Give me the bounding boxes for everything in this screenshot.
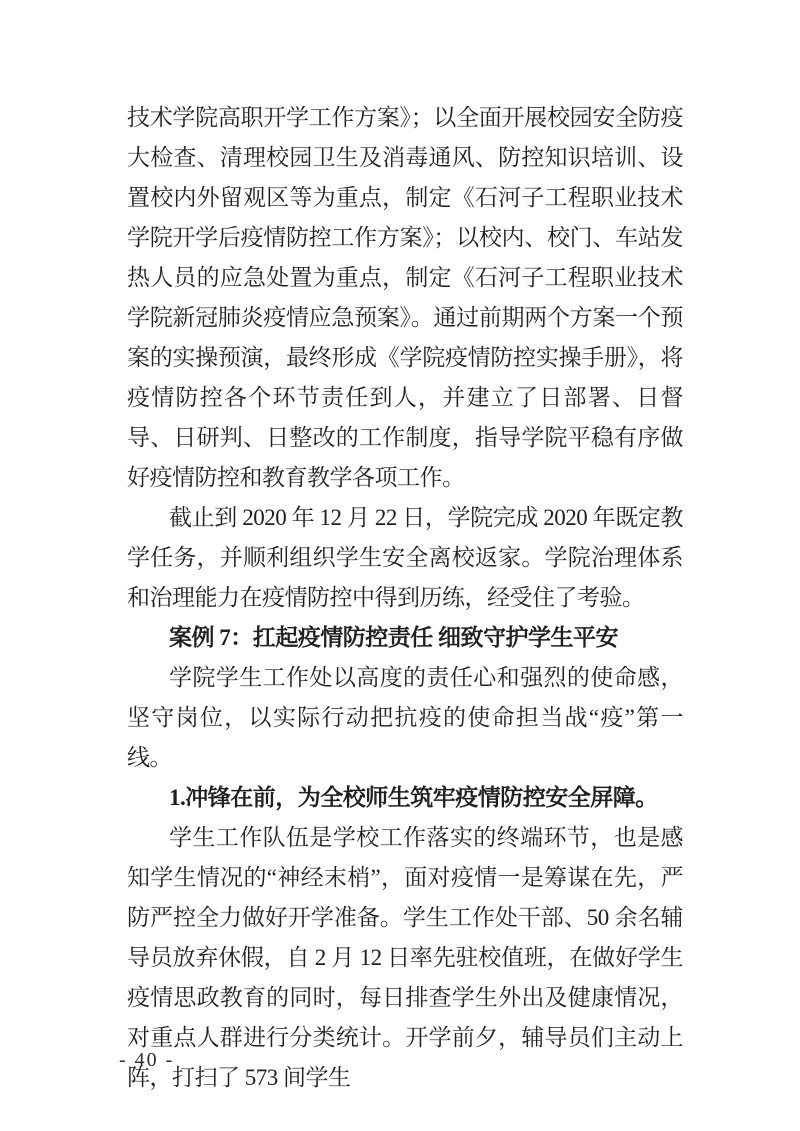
- body-paragraph-detail: 学生工作队伍是学校工作落实的终端环节，也是感知学生情况的“神经末梢”，面对疫情一…: [127, 818, 683, 1098]
- numbered-subheading: 1.冲锋在前，为全校师生筑牢疫情防控安全屏障。: [127, 778, 683, 818]
- body-paragraph-intro: 学院学生工作处以高度的责任心和强烈的使命感，坚守岗位，以实际行动把抗疫的使命担当…: [127, 658, 683, 778]
- body-paragraph-continuation: 技术学院高职开学工作方案》；以全面开展校园安全防疫大检查、清理校园卫生及消毒通风…: [127, 98, 683, 498]
- document-page: 技术学院高职开学工作方案》；以全面开展校园安全防疫大检查、清理校园卫生及消毒通风…: [0, 0, 800, 1131]
- text-content-area: 技术学院高职开学工作方案》；以全面开展校园安全防疫大检查、清理校园卫生及消毒通风…: [127, 98, 683, 1098]
- body-paragraph-summary: 截止到 2020 年 12 月 22 日，学院完成 2020 年既定教学任务，并…: [127, 498, 683, 618]
- page-number: - 40 -: [119, 1049, 174, 1072]
- case-heading: 案例 7：扛起疫情防控责任 细致守护学生平安: [127, 618, 683, 658]
